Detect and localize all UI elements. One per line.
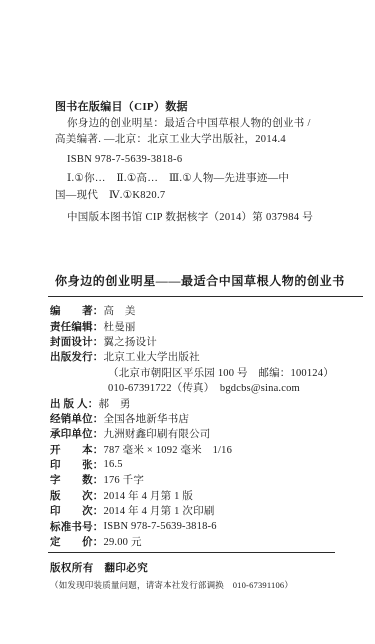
field-value: 787 毫米 × 1092 毫米 1/16 [104, 442, 233, 457]
field-value: 郝 勇 [98, 396, 130, 411]
field-value: 29.00 元 [104, 534, 142, 549]
field-value: 176 千字 [104, 472, 145, 487]
field-label: 编 著： [50, 303, 104, 318]
cip-record-number: 中国版本图书馆 CIP 数据核字（2014）第 037984 号 [55, 210, 359, 227]
field-value: （北京市朝阳区平乐园 100 号 邮编：100124） [98, 365, 334, 380]
colophon-row-cover-design: 封面设计： 翼之扬设计 [50, 334, 367, 349]
copyright-notice: 版权所有 翻印必究 [50, 560, 365, 575]
book-title: 你身边的创业明星——最适合中国草根人物的创业书 [55, 274, 365, 289]
colophon-row-printer: 承印单位： 九洲财鑫印刷有限公司 [50, 426, 367, 441]
colophon-row-word-count: 字 数： 176 千字 [50, 472, 367, 487]
colophon-row-responsible-editor: 责任编辑： 杜曼丽 [50, 318, 367, 333]
field-value: 全国各地新华书店 [104, 411, 190, 426]
field-label: 开 本： [50, 442, 104, 457]
field-label: 出版发行： [50, 349, 104, 364]
cip-entry-line2: 高美编著. —北京：北京工业大学出版社，2014.4 [55, 132, 359, 149]
field-label: 标准书号： [50, 519, 104, 534]
colophon-section: 编 著： 高 美 责任编辑： 杜曼丽 封面设计： 翼之扬设计 出版发行： 北京工… [50, 303, 367, 549]
cip-classification-line2: 国—现代 Ⅳ.①K820.7 [55, 188, 359, 205]
field-label: 出 版 人： [50, 396, 98, 411]
field-value: 九洲财鑫印刷有限公司 [104, 426, 211, 441]
colophon-row-sheets: 印 张： 16.5 [50, 457, 367, 472]
field-label: 印 张： [50, 457, 104, 472]
quality-exchange-note: （如发现印装质量问题，请寄本社发行部调换 010-67391106） [50, 579, 365, 591]
field-value: 010-67391722（传真） bgdcbs@sina.com [98, 380, 300, 395]
field-label: 字 数： [50, 472, 104, 487]
colophon-row-publisher-contact: 010-67391722（传真） bgdcbs@sina.com [50, 380, 367, 395]
colophon-row-format: 开 本： 787 毫米 × 1092 毫米 1/16 [50, 442, 367, 457]
field-value: 2014 年 4 月第 1 次印刷 [104, 503, 215, 518]
cip-classification-line1: Ⅰ.①你… Ⅱ.①高… Ⅲ.①人物—先进事迹—中 [55, 171, 359, 188]
field-value: 16.5 [104, 459, 123, 470]
field-label: 经销单位： [50, 411, 104, 426]
field-label: 承印单位： [50, 426, 104, 441]
divider-top [48, 296, 363, 297]
field-value: 2014 年 4 月第 1 版 [104, 488, 194, 503]
field-label: 版 次： [50, 488, 104, 503]
field-value: 高 美 [104, 303, 136, 318]
field-value: ISBN 978-7-5639-3818-6 [104, 521, 217, 532]
divider-bottom [48, 552, 335, 553]
field-value: 北京工业大学出版社 [104, 349, 200, 364]
field-value: 翼之扬设计 [104, 334, 158, 349]
field-label: 印 次： [50, 503, 104, 518]
field-label: 责任编辑： [50, 319, 104, 334]
colophon-row-publisher: 出版发行： 北京工业大学出版社 [50, 349, 367, 364]
colophon-row-publishing-person: 出 版 人： 郝 勇 [50, 395, 367, 410]
colophon-row-editor: 编 著： 高 美 [50, 303, 367, 318]
colophon-row-price: 定 价： 29.00 元 [50, 534, 367, 549]
copyright-page: 图书在版编目（CIP）数据 你身边的创业明星：最适合中国草根人物的创业书 / 高… [0, 0, 375, 644]
colophon-row-distributor: 经销单位： 全国各地新华书店 [50, 411, 367, 426]
colophon-row-publisher-address: （北京市朝阳区平乐园 100 号 邮编：100124） [50, 365, 367, 380]
field-label: 封面设计： [50, 334, 104, 349]
cip-heading: 图书在版编目（CIP）数据 [55, 99, 359, 116]
title-block: 你身边的创业明星——最适合中国草根人物的创业书 [55, 274, 365, 297]
field-value: 杜曼丽 [104, 319, 136, 334]
footer-section: 版权所有 翻印必究 （如发现印装质量问题，请寄本社发行部调换 010-67391… [48, 552, 365, 591]
cip-entry-line1: 你身边的创业明星：最适合中国草根人物的创业书 / [55, 116, 359, 133]
colophon-row-edition: 版 次： 2014 年 4 月第 1 版 [50, 488, 367, 503]
cip-section: 图书在版编目（CIP）数据 你身边的创业明星：最适合中国草根人物的创业书 / 高… [55, 99, 359, 227]
field-label: 定 价： [50, 534, 104, 549]
cip-isbn: ISBN 978-7-5639-3818-6 [55, 152, 359, 169]
colophon-row-impression: 印 次： 2014 年 4 月第 1 次印刷 [50, 503, 367, 518]
colophon-row-standard-isbn: 标准书号： ISBN 978-7-5639-3818-6 [50, 518, 367, 533]
